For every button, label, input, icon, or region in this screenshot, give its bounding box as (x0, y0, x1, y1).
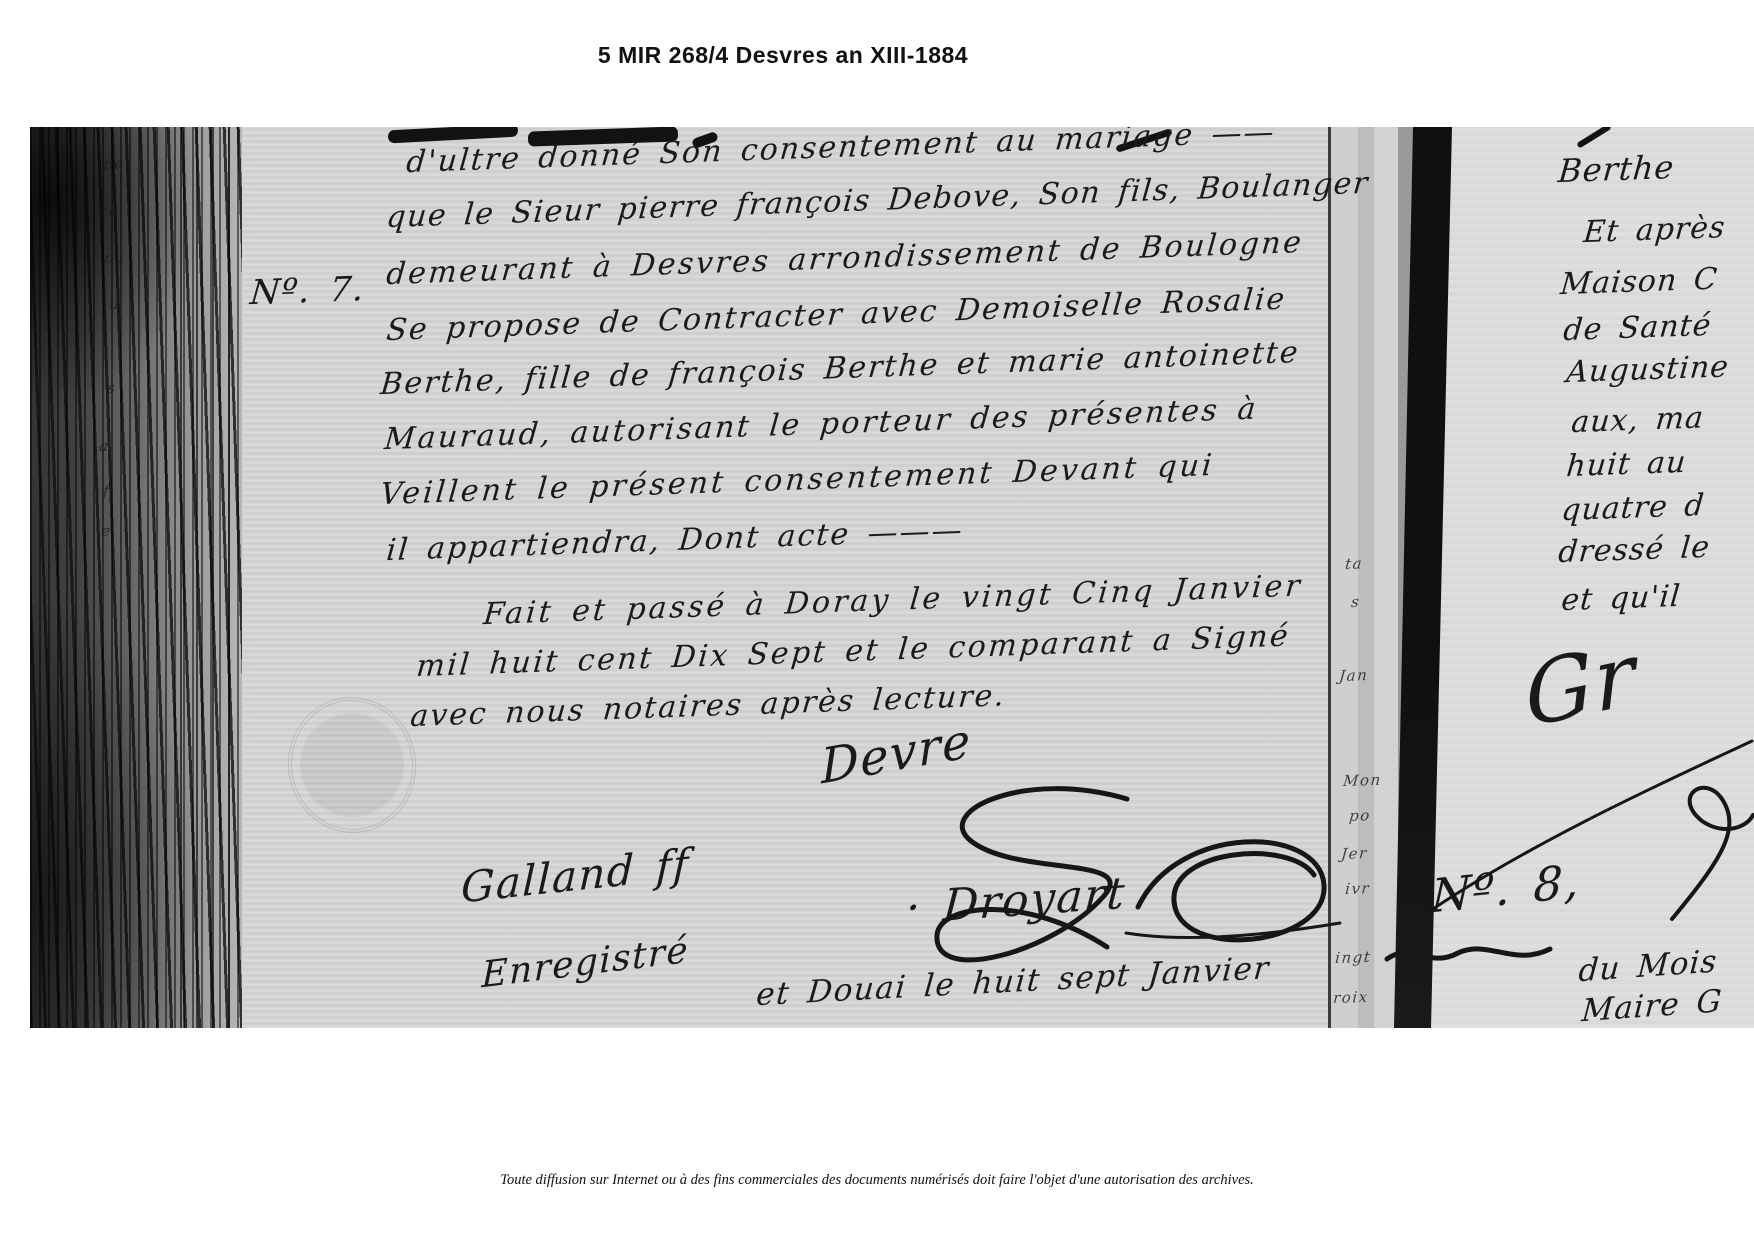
manuscript-line: et qu'il (1560, 579, 1682, 618)
book-binding (30, 127, 242, 1028)
manuscript-line: Berthe (1557, 148, 1676, 190)
manuscript-line: Mauraud, autorisant le porteur des prése… (383, 391, 1260, 457)
manuscript-line: e (100, 522, 112, 540)
embossed-stamp (279, 689, 425, 841)
manuscript-line: Veillent le présent consentement Devant … (379, 448, 1216, 512)
manuscript-line: huit au (1565, 445, 1688, 484)
manuscript-line: Maison C (1559, 262, 1719, 303)
manuscript-line: quatre d (1560, 488, 1706, 528)
manuscript-line: Augustine (1565, 349, 1731, 390)
manuscript-line: cu (103, 248, 126, 267)
archive-viewer-page: 5 MIR 268/4 Desvres an XIII-1884 Nº. 7. … (0, 0, 1754, 1240)
page-title: 5 MIR 268/4 Desvres an XIII-1884 (598, 42, 968, 69)
manuscript-line: ta (1344, 554, 1364, 573)
manuscript-line: aux, ma (1570, 400, 1706, 440)
manuscript-line: pe (102, 154, 125, 173)
manuscript-line: Mon (1342, 771, 1382, 790)
signature-devre: Devre (820, 712, 973, 795)
document-scan: Nº. 7. Nº. 8, d'ultre donné Son consente… (30, 127, 1754, 1028)
manuscript-line: que le Sieur pierre françois Debove, Son… (385, 166, 1370, 235)
n8-underline-flourish (1382, 939, 1557, 971)
manuscript-line: s (1350, 593, 1361, 611)
manuscript-line: Et après (1582, 210, 1727, 250)
manuscript-line: Jan (1338, 666, 1369, 685)
manuscript-line: po (1348, 806, 1371, 825)
manuscript-line: a (98, 437, 110, 455)
signature-galland: Galland ff (460, 839, 690, 912)
manuscript-line: roix (1332, 988, 1369, 1007)
manuscript-line: co (98, 202, 120, 221)
manuscript-line: il appartiendra, Dont acte ——— (385, 513, 965, 568)
manuscript-line: Se propose de Contracter avec Demoiselle… (385, 282, 1288, 349)
manuscript-line: ivr (1344, 879, 1371, 898)
manuscript-line: de Santé (1562, 308, 1713, 348)
act-number-left: Nº. 7. (248, 269, 366, 313)
manuscript-line: dressé le (1557, 530, 1712, 570)
manuscript-line: Berthe, fille de françois Berthe et mari… (379, 335, 1301, 402)
manuscript-line: s (106, 379, 117, 397)
manuscript-line: demeurant à Desvres arrondissement de Bo… (385, 225, 1305, 292)
right-page-arc-flourish (1420, 733, 1754, 923)
registration-word: Enregistré (481, 930, 689, 997)
binding-streaks (180, 127, 242, 1028)
manuscript-line: u (108, 295, 121, 313)
droyart-paraph-flourish (1118, 815, 1348, 965)
archive-usage-notice: Toute diffusion sur Internet ou à des fi… (0, 1172, 1754, 1189)
